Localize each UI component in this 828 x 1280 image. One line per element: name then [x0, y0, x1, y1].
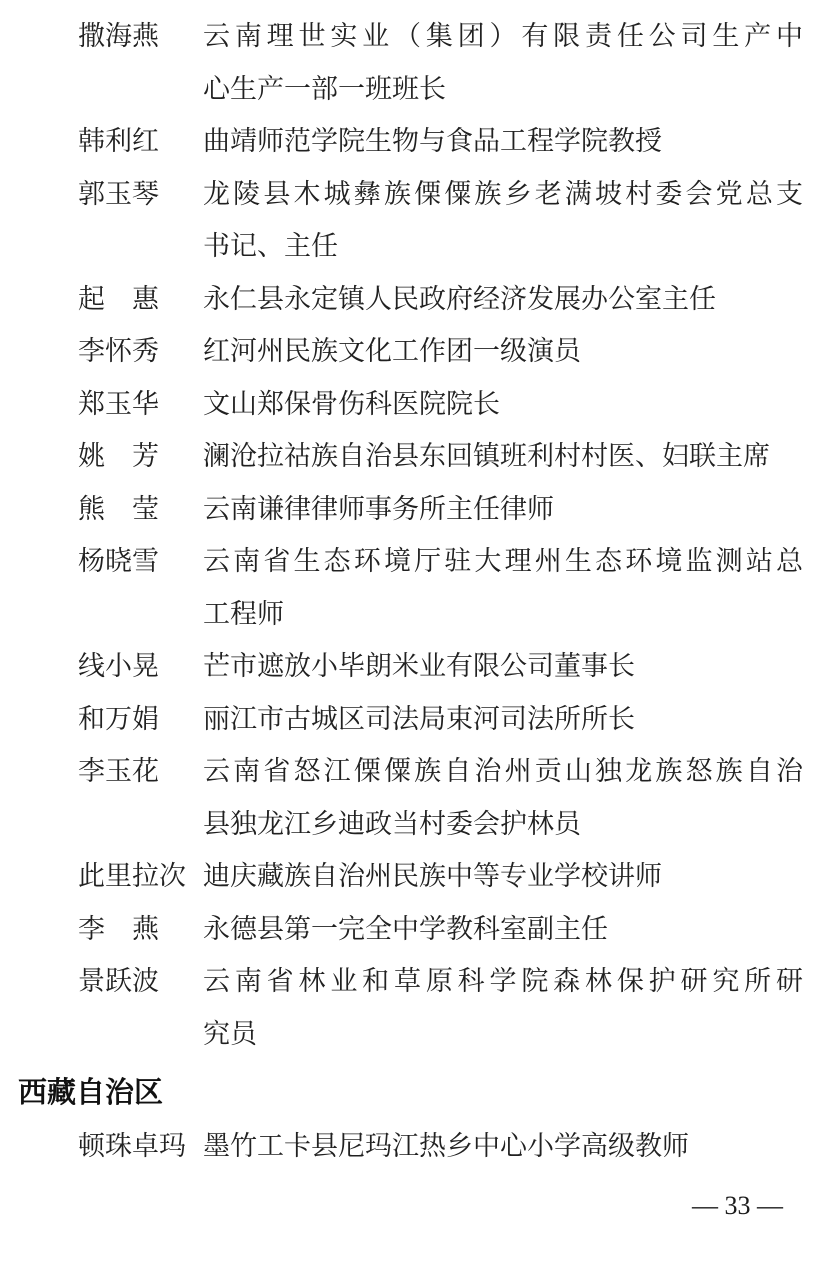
entry-title: 龙陵县木城彝族傈僳族乡老满坡村委会党总支书记、主任 — [203, 168, 803, 273]
entry-title: 红河州民族文化工作团一级演员 — [203, 325, 803, 378]
entry-title: 云南省怒江傈僳族自治州贡山独龙族怒族自治县独龙江乡迪政当村委会护林员 — [203, 745, 803, 850]
entry-title: 墨竹工卡县尼玛江热乡中心小学高级教师 — [203, 1120, 803, 1173]
entry-title-line: 丽江市古城区司法局束河司法所所长 — [203, 693, 803, 746]
entry-title: 永德县第一完全中学教科室副主任 — [203, 903, 803, 956]
entry-row: 线小晃芒市遮放小毕朗米业有限公司董事长 — [0, 640, 828, 693]
entry-row: 撒海燕云南理世实业（集团）有限责任公司生产中心生产一部一班班长 — [0, 10, 828, 115]
entry-name: 和万娟 — [78, 693, 203, 746]
entry-row: 李玉花云南省怒江傈僳族自治州贡山独龙族怒族自治县独龙江乡迪政当村委会护林员 — [0, 745, 828, 850]
entry-row: 和万娟丽江市古城区司法局束河司法所所长 — [0, 693, 828, 746]
entry-name: 顿珠卓玛 — [78, 1120, 203, 1173]
entry-name: 郑玉华 — [78, 378, 203, 431]
entry-title: 澜沧拉祜族自治县东回镇班利村村医、妇联主席 — [203, 430, 803, 483]
entry-title-line: 龙陵县木城彝族傈僳族乡老满坡村委会党总支 — [203, 168, 803, 221]
document-page: 撒海燕云南理世实业（集团）有限责任公司生产中心生产一部一班班长韩利红曲靖师范学院… — [0, 0, 828, 1280]
entry-name: 李玉花 — [78, 745, 203, 798]
entry-name: 起 惠 — [78, 273, 203, 326]
entry-title-line: 云南谦律律师事务所主任律师 — [203, 483, 803, 536]
entry-title-line: 红河州民族文化工作团一级演员 — [203, 325, 803, 378]
entry-name: 此里拉次 — [78, 850, 203, 903]
entry-name: 撒海燕 — [78, 10, 203, 63]
entry-title: 芒市遮放小毕朗米业有限公司董事长 — [203, 640, 803, 693]
entry-name: 韩利红 — [78, 115, 203, 168]
page-number: — 33 — — [0, 1180, 828, 1233]
entry-row: 景跃波云南省林业和草原科学院森林保护研究所研究员 — [0, 955, 828, 1060]
entry-row: 此里拉次迪庆藏族自治州民族中等专业学校讲师 — [0, 850, 828, 903]
entry-title: 云南省林业和草原科学院森林保护研究所研究员 — [203, 955, 803, 1060]
entry-row: 顿珠卓玛墨竹工卡县尼玛江热乡中心小学高级教师 — [0, 1120, 828, 1173]
entry-title-line: 澜沧拉祜族自治县东回镇班利村村医、妇联主席 — [203, 430, 803, 483]
entry-title: 丽江市古城区司法局束河司法所所长 — [203, 693, 803, 746]
entry-name: 线小晃 — [78, 640, 203, 693]
entry-title: 云南理世实业（集团）有限责任公司生产中心生产一部一班班长 — [203, 10, 803, 115]
entry-title: 云南省生态环境厅驻大理州生态环境监测站总工程师 — [203, 535, 803, 640]
entry-title-line: 云南省林业和草原科学院森林保护研究所研 — [203, 955, 803, 1008]
entry-title: 文山郑保骨伤科医院院长 — [203, 378, 803, 431]
entry-row: 姚 芳澜沧拉祜族自治县东回镇班利村村医、妇联主席 — [0, 430, 828, 483]
entry-name: 景跃波 — [78, 955, 203, 1008]
entry-name: 郭玉琴 — [78, 168, 203, 221]
entry-title-line: 文山郑保骨伤科医院院长 — [203, 378, 803, 431]
entry-title-line: 云南省生态环境厅驻大理州生态环境监测站总 — [203, 535, 803, 588]
entry-title: 迪庆藏族自治州民族中等专业学校讲师 — [203, 850, 803, 903]
entry-row: 熊 莹云南谦律律师事务所主任律师 — [0, 483, 828, 536]
entry-row: 李怀秀红河州民族文化工作团一级演员 — [0, 325, 828, 378]
entry-row: 郭玉琴龙陵县木城彝族傈僳族乡老满坡村委会党总支书记、主任 — [0, 168, 828, 273]
entry-title-line: 芒市遮放小毕朗米业有限公司董事长 — [203, 640, 803, 693]
entry-row: 韩利红曲靖师范学院生物与食品工程学院教授 — [0, 115, 828, 168]
section-header: 西藏自治区 — [18, 1067, 828, 1120]
entry-row: 杨晓雪云南省生态环境厅驻大理州生态环境监测站总工程师 — [0, 535, 828, 640]
entry-title-line: 永仁县永定镇人民政府经济发展办公室主任 — [203, 273, 803, 326]
entry-title-line: 墨竹工卡县尼玛江热乡中心小学高级教师 — [203, 1120, 803, 1173]
entry-title-line: 永德县第一完全中学教科室副主任 — [203, 903, 803, 956]
entry-name: 李怀秀 — [78, 325, 203, 378]
entry-row: 郑玉华文山郑保骨伤科医院院长 — [0, 378, 828, 431]
entry-title-line: 究员 — [203, 1008, 803, 1061]
entry-title-line: 县独龙江乡迪政当村委会护林员 — [203, 798, 803, 851]
entry-title-line: 心生产一部一班班长 — [203, 63, 803, 116]
entry-title-line: 迪庆藏族自治州民族中等专业学校讲师 — [203, 850, 803, 903]
entry-name: 姚 芳 — [78, 430, 203, 483]
entry-title: 永仁县永定镇人民政府经济发展办公室主任 — [203, 273, 803, 326]
entry-row: 起 惠永仁县永定镇人民政府经济发展办公室主任 — [0, 273, 828, 326]
entry-title-line: 云南理世实业（集团）有限责任公司生产中 — [203, 10, 803, 63]
entry-title: 云南谦律律师事务所主任律师 — [203, 483, 803, 536]
entry-name: 杨晓雪 — [78, 535, 203, 588]
entry-title: 曲靖师范学院生物与食品工程学院教授 — [203, 115, 803, 168]
entry-row: 李 燕永德县第一完全中学教科室副主任 — [0, 903, 828, 956]
entry-title-line: 工程师 — [203, 588, 803, 641]
entry-title-line: 曲靖师范学院生物与食品工程学院教授 — [203, 115, 803, 168]
entry-name: 李 燕 — [78, 903, 203, 956]
entry-name: 熊 莹 — [78, 483, 203, 536]
name-title-list: 撒海燕云南理世实业（集团）有限责任公司生产中心生产一部一班班长韩利红曲靖师范学院… — [0, 0, 828, 1172]
entry-title-line: 云南省怒江傈僳族自治州贡山独龙族怒族自治 — [203, 745, 803, 798]
entry-title-line: 书记、主任 — [203, 220, 803, 273]
